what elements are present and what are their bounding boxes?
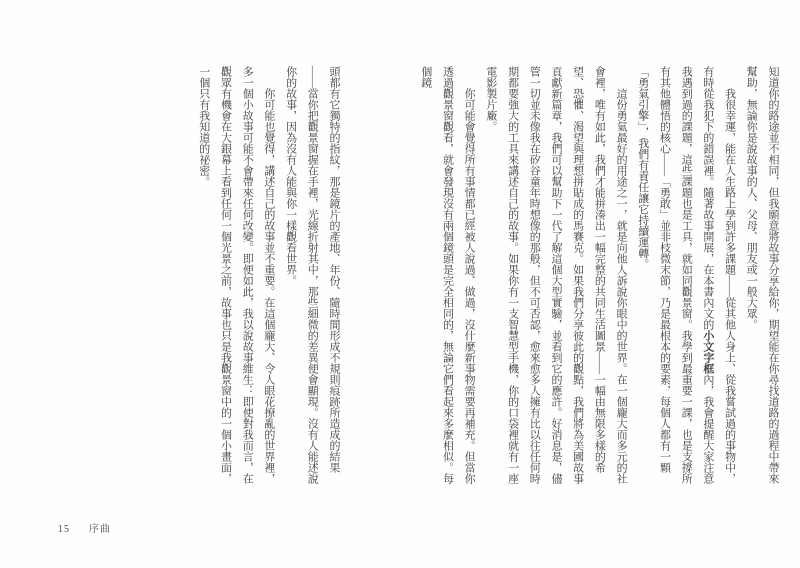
page-number-left: 15 [58, 524, 70, 535]
page-15-body-text: 頭都有它獨特的指紋，那是鏡片的產地、年份、隨時間形成不規則痕跡所造成的結果——當… [192, 66, 344, 494]
book-spread: 頭都有它獨特的指紋，那是鏡片的產地、年份、隨時間形成不規則痕跡所造成的結果——當… [0, 0, 800, 568]
paragraph: 頭都有它獨特的指紋，那是鏡片的產地、年份、隨時間形成不規則痕跡所造成的結果——當… [279, 66, 344, 494]
paragraph: 知道你的路途並不相同，但我願意將故事分享給你，期望能在你尋找道路的過程中帶來幫助… [740, 66, 783, 494]
page-15: 頭都有它獨特的指紋，那是鏡片的產地、年份、隨時間形成不規則痕跡所造成的結果——當… [0, 0, 400, 568]
page-14: 知道你的路途並不相同，但我願意將故事分享給你，期望能在你尋找道路的過程中帶來幫助… [400, 0, 800, 568]
paragraph: 我很幸運，能在人生路上學到許多課題——從其他人身上、從我嘗試過的事物中，有時從我… [631, 66, 740, 494]
chapter-title: 序曲 [89, 520, 111, 535]
paragraph: 你可能也覺得，講述自己的故事並不重要。在這個龐大、令人眼花撩亂的世界裡，多一個小… [192, 66, 279, 494]
paragraph: 這份勇氣最好的用途之一，就是向他人訴說你眼中的世界。在一個龐大而多元的社會裡，唯… [479, 66, 631, 494]
page-14-body-text: 知道你的路途並不相同，但我願意將故事分享給你，期望能在你尋找道路的過程中帶來幫助… [414, 66, 783, 494]
text-segment: 你可能會覺得所有事情都已經被人說過、做過，沒什麼新事物需要再補充。但當你透過觀景… [420, 66, 475, 484]
paragraph: 你可能會覺得所有事情都已經被人說過、做過，沒什麼新事物需要再補充。但當你透過觀景… [414, 66, 479, 494]
bold-term: 小文字框 [702, 330, 714, 374]
text-segment: 你可能也覺得，講述自己的故事並不重要。在這個龐大、令人眼花撩亂的世界裡，多一個小… [198, 66, 275, 484]
text-segment: 知道你的路途並不相同，但我願意將故事分享給你，期望能在你尋找道路的過程中帶來幫助… [745, 66, 779, 484]
text-segment: 頭都有它獨特的指紋，那是鏡片的產地、年份、隨時間形成不規則痕跡所造成的結果——當… [285, 66, 340, 484]
page-15-footer: 15 序曲 [58, 520, 111, 535]
text-segment: 這份勇氣最好的用途之一，就是向他人訴說你眼中的世界。在一個龐大而多元的社會裡，唯… [485, 66, 627, 484]
